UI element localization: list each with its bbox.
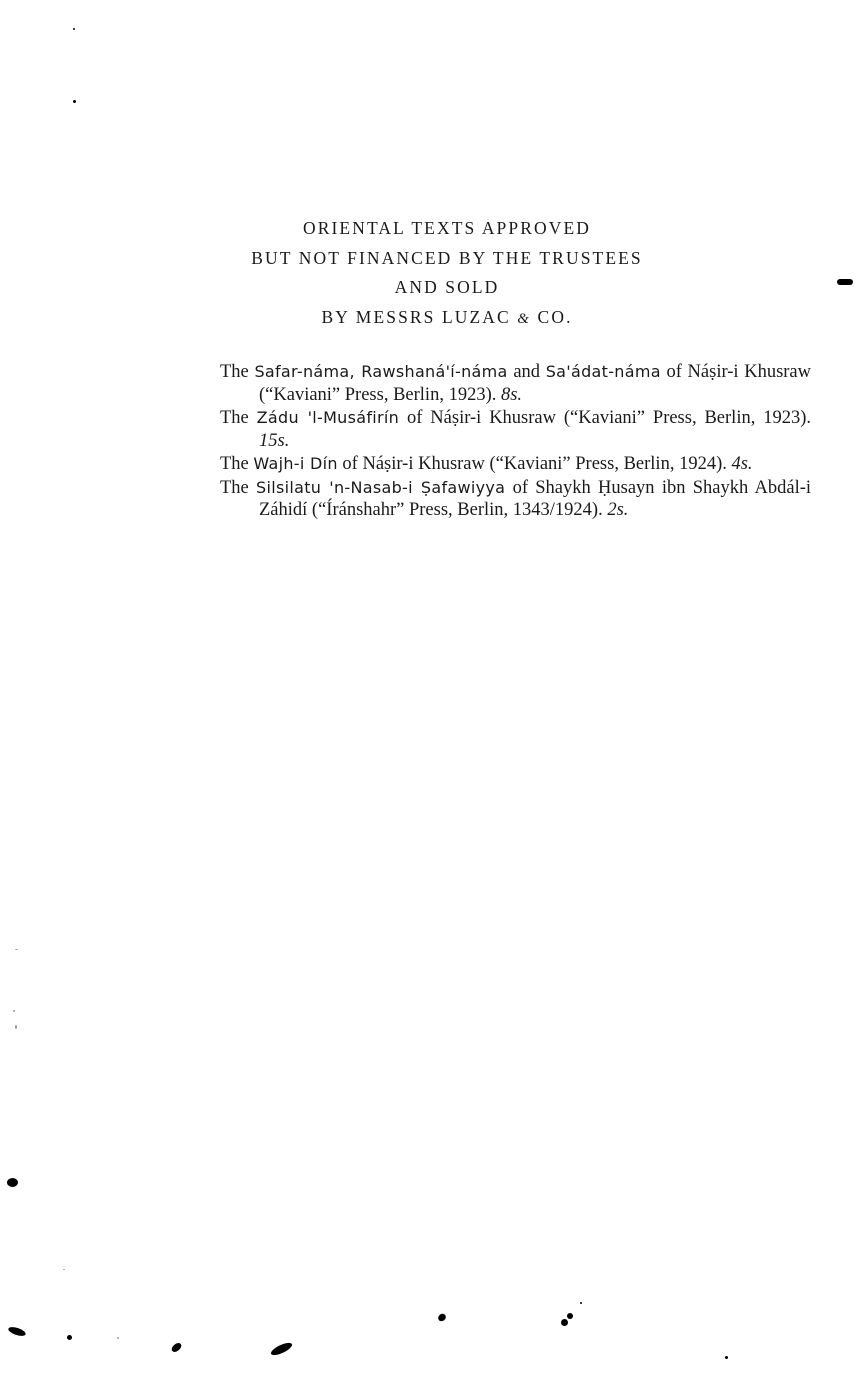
book-title: Zádu 'l-Musáfirín [257,408,399,427]
scan-speck [73,100,76,103]
entry-details: of Náṣir-i Khusraw (“Kaviani” Press, Ber… [399,408,811,428]
heading-line-1: ORIENTAL TEXTS APPROVED [32,214,862,244]
ampersand: & [517,311,531,327]
publication-list: The Safar-náma, Rawshaná'í-náma and Sa'á… [220,361,811,523]
scan-speck [561,1319,568,1326]
scan-speck [15,1025,17,1029]
price: 15s. [259,431,289,451]
book-title: Safar-náma, Rawshaná'í-náma [254,362,507,381]
book-title: Sa'ádat-náma [546,362,661,381]
heading-line-3: AND SOLD [32,273,862,303]
heading-line-4-prefix: BY MESSRS LUZAC [321,307,517,327]
price: 2s. [607,500,628,520]
scan-speck [117,1337,119,1339]
scan-speck [7,1325,26,1337]
scan-speck [7,1178,18,1187]
heading-line-4-suffix: CO. [531,307,572,327]
heading-line-2: BUT NOT FINANCED BY THE TRUSTEES [32,244,862,274]
scan-speck [567,1313,573,1319]
heading-line-4: BY MESSRS LUZAC & CO. [32,303,862,333]
entry-prefix: The [220,478,256,498]
list-item: The Safar-náma, Rawshaná'í-náma and Sa'á… [220,361,811,406]
scan-speck [63,1269,65,1270]
entry-details: of Náṣir-i Khusraw (“Kaviani” Press, Ber… [338,454,732,474]
scan-speck [73,28,75,30]
book-title: Silsilatu 'n-Nasab-i Ṣafawiyya [256,478,505,497]
entry-conjunction: and [508,362,546,382]
price: 8s. [501,385,522,405]
scan-speck [13,1010,15,1012]
scan-speck [67,1335,72,1340]
scan-speck [725,1356,728,1359]
entry-prefix: The [220,362,254,382]
book-title: Wajh-i Dín [253,454,337,473]
scan-speck [15,949,18,950]
price: 4s. [731,454,752,474]
list-item: The Silsilatu 'n-Nasab-i Ṣafawiyya of Sh… [220,477,811,522]
list-item: The Wajh-i Dín of Náṣir-i Khusraw (“Kavi… [220,453,811,476]
page-heading: ORIENTAL TEXTS APPROVED BUT NOT FINANCED… [0,214,862,332]
scan-speck [269,1341,293,1358]
scan-speck [837,279,853,285]
entry-prefix: The [220,408,257,428]
list-item: The Zádu 'l-Musáfirín of Náṣir-i Khusraw… [220,407,811,452]
entry-prefix: The [220,454,253,474]
scan-speck [580,1302,582,1304]
scan-speck [437,1312,448,1323]
scan-speck [170,1341,183,1353]
